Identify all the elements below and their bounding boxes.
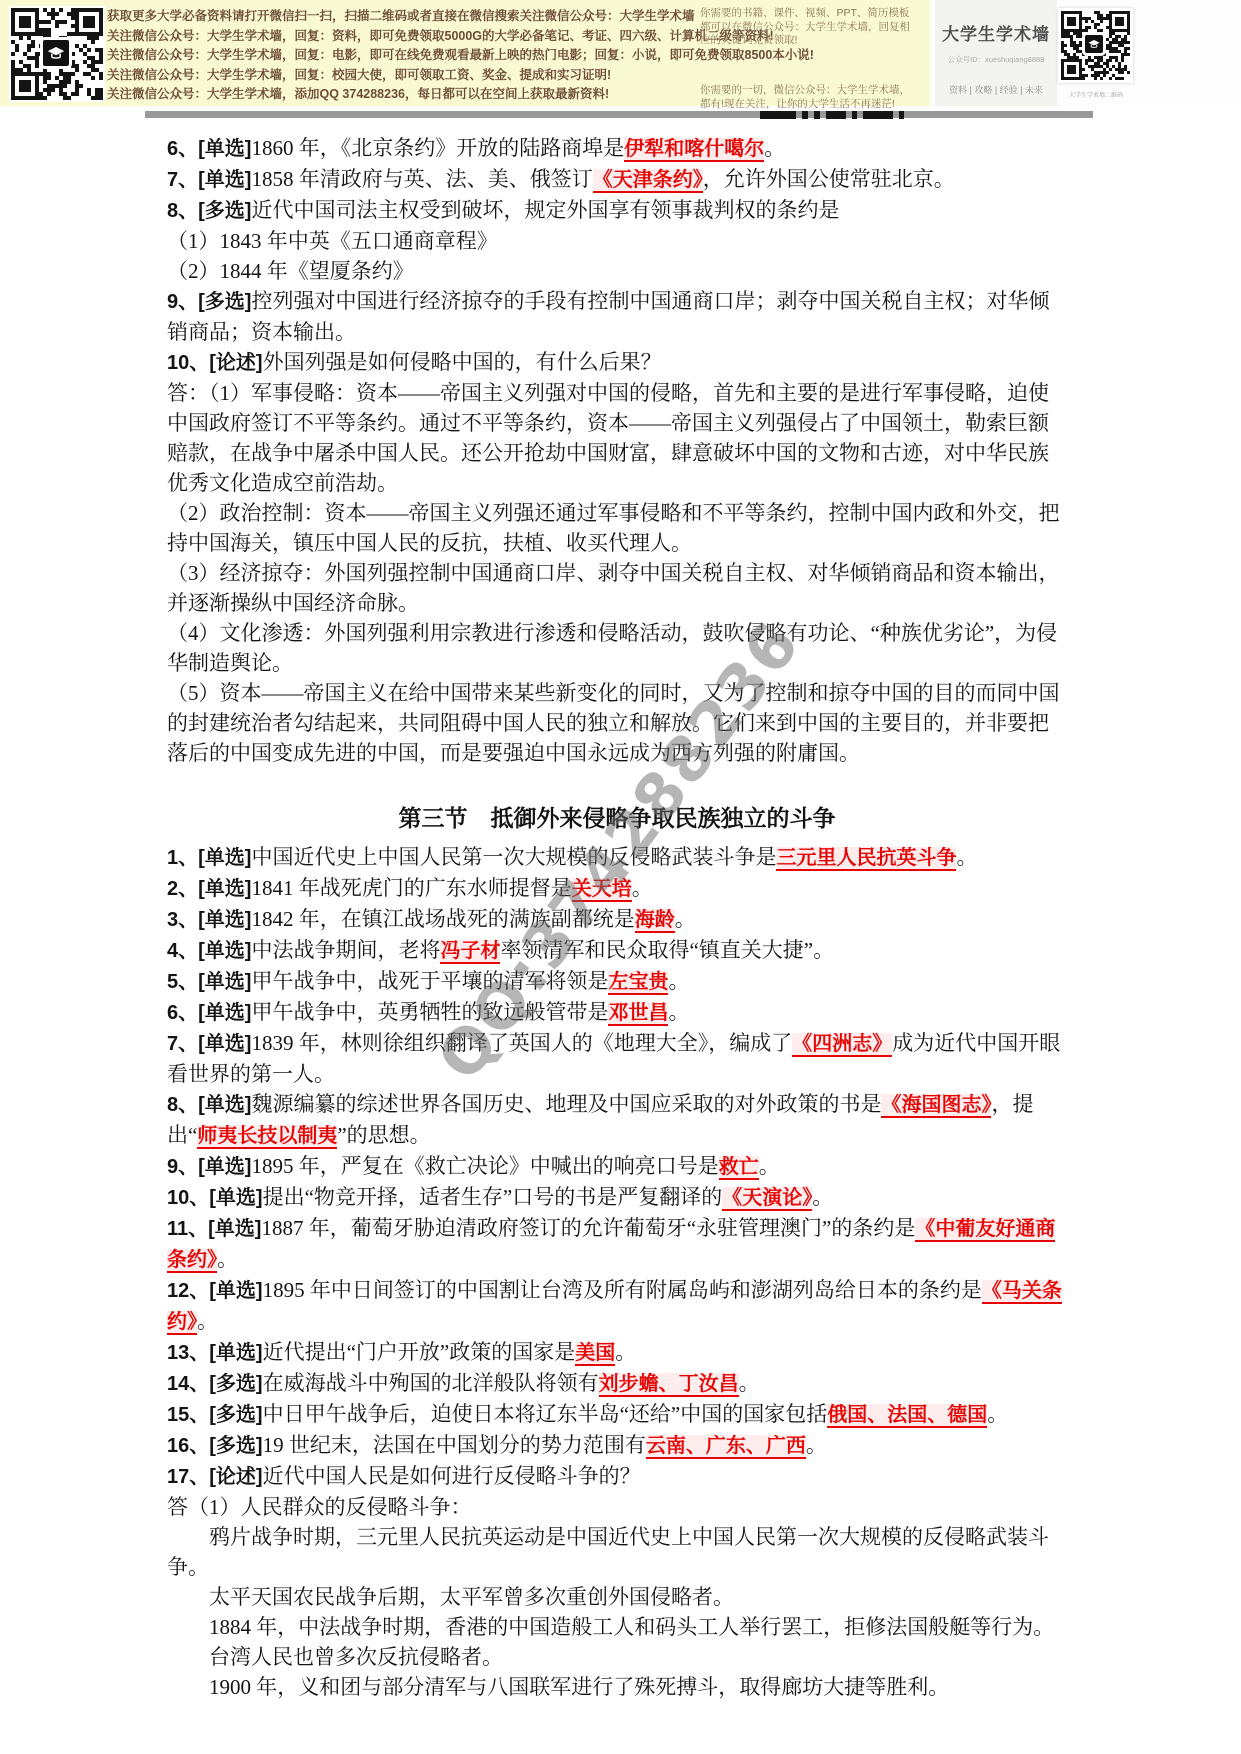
question-14: 14、[多选]在威海战斗中殉国的北洋般队将领有刘步蟾、丁汝昌。 [167,1368,1067,1399]
answer-10-part-4: （4）文化渗透：外国列强利用宗教进行渗透和侵略活动，鼓吹侵略有功论、“种族优劣论… [167,618,1067,678]
answer-17-line-3: 1884 年，中法战争时期，香港的中国造般工人和码头工人举行罢工，拒修法国般艇等… [167,1612,1067,1642]
question-2: 2、[单选]1841 年战死虎门的广东水师提督是关天培。 [167,873,1067,904]
question-8-option-2: （2）1844 年《望厦条约》 [167,256,1067,286]
question-7b: 7、[单选]1839 年，林则徐组织翻译了英国人的《地理大全》，编成了《四洲志》… [167,1028,1067,1089]
body-text: （2）政治控制：资本——帝国主义列强还通过军事侵略和不平等条约，控制中国内政和外… [167,501,1060,555]
answer-text: 左宝贵 [608,971,668,995]
body-text: （5）资本——帝国主义在给中国带来某些新变化的同时，又为了控制和掠夺中国的目的而… [167,681,1060,765]
answer-text: 《天演论》 [722,1187,812,1211]
question-label: 14、[多选] [167,1373,263,1395]
body-text: 。 [759,1154,780,1178]
document-page: 获取更多大学必备资料请打开微信扫一扫，扫描二维码或者直接在微信搜索关注微信公众号… [0,0,1241,1754]
answer-text: 师夷长技以制夷 [197,1125,337,1149]
answer-text: 邓世昌 [608,1002,668,1026]
question-8b: 8、[单选]魏源编纂的综述世界各国历史、地理及中国应采取的对外政策的书是《海国图… [167,1089,1067,1151]
answer-text: 关天培 [572,878,632,902]
question-label: 11、[单选] [167,1218,261,1240]
body-text: 。 [632,876,653,900]
body-text: 魏源编纂的综述世界各国历史、地理及中国应采取的对外政策的书是 [251,1092,881,1116]
body-text: 近代中国人民是如何进行反侵略斗争的？ [263,1464,641,1488]
question-7: 7、[单选]1858 年清政府与英、法、美、俄签订《天津条约》，允许外国公使常驻… [167,164,1067,195]
body-text: 。 [812,1185,833,1209]
body-text: （1）1843 年中英《五口通商章程》 [167,229,498,253]
body-text: 1895 年中日间签订的中国割让台湾及所有附属岛屿和澎湖列岛给日本的条约是 [263,1278,982,1302]
question-label: 6、[单选] [167,138,251,160]
right-qr-caption: 大学生学术墙二维码 [1056,90,1136,99]
brand-tags: 资料 | 攻略 | 经验 | 未来 [949,83,1043,96]
answer-10-part-3: （3）经济掠夺：外国列强控制中国通商口岸、剥夺中国关税自主权、对华倾销商品和资本… [167,558,1067,618]
question-label: 6、[单选] [167,1002,251,1024]
answer-text: 《天津条约》 [593,169,703,193]
body-text: 19 世纪末，法国在中国划分的势力范围有 [263,1433,646,1457]
body-text: 。 [197,1309,218,1333]
body-text: 。 [675,907,696,931]
question-label: 13、[单选] [167,1342,263,1364]
question-label: 7、[单选] [167,169,251,191]
redacted-marks [760,109,904,120]
answer-text: 《海国图志》 [881,1094,991,1118]
body-text: 答：（1）军事侵略：资本——帝国主义列强对中国的侵略，首先和主要的是进行军事侵略… [167,381,1049,495]
question-label: 4、[单选] [167,940,251,962]
section-heading: 第三节 抵御外来侵略争取民族独立的斗争 [167,804,1067,834]
body-text: 。 [739,1371,760,1395]
answer-text: 美国 [575,1342,615,1366]
answer-text: 刘步蟾、丁汝昌 [599,1373,739,1397]
question-label: 8、[多选] [167,200,251,222]
body-text: （2）1844 年《望厦条约》 [167,259,414,283]
body-text: （4）文化渗透：外国列强利用宗教进行渗透和侵略活动，鼓吹侵略有功论、“种族优劣论… [167,621,1057,675]
question-10: 10、[论述]外国列强是如何侵略中国的，有什么后果？ [167,347,1067,378]
body-text: ，允许外国公使常驻北京。 [703,167,955,191]
banner-note-bottom: 你需要的一切，微信公众号：大学生学术墙，都有!现在关注，让你的大学生活不再迷茫! [700,84,916,111]
answer-17-line-5: 1900 年，义和团与部分清军与八国联军进行了殊死搏斗，取得廊坊大捷等胜利。 [167,1672,1067,1702]
question-12: 12、[单选]1895 年中日间签订的中国割让台湾及所有附属岛屿和澎湖列岛给日本… [167,1275,1067,1337]
question-label: 12、[单选] [167,1280,263,1302]
body-text: 中日甲午战争后，迫使日本将辽东半岛“还给”中国的国家包括 [263,1402,828,1426]
question-label: 17、[论述] [167,1466,263,1488]
body-text: 近代中国司法主权受到破坏，规定外国享有领事裁判权的条约是 [251,198,839,222]
question-label: 1、[单选] [167,847,251,869]
answer-10-part-2: （2）政治控制：资本——帝国主义列强还通过军事侵略和不平等条约，控制中国内政和外… [167,498,1067,558]
body-text: 1858 年清政府与英、法、美、俄签订 [251,167,592,191]
body-text: 1900 年，义和团与部分清军与八国联军进行了殊死搏斗，取得廊坊大捷等胜利。 [209,1675,949,1699]
body-text: 提出“物竞开择，适者生存”口号的书是严复翻译的 [263,1185,723,1209]
answer-text: 俄国、法国、德国 [827,1404,987,1428]
question-label: 8、[单选] [167,1094,251,1116]
body-text: 鸦片战争时期，三元里人民抗英运动是中国近代史上中国人民第一次大规模的反侵略武装斗… [167,1525,1049,1579]
question-16: 16、[多选]19 世纪末，法国在中国划分的势力范围有云南、广东、广西。 [167,1430,1067,1461]
question-13: 13、[单选]近代提出“门户开放”政策的国家是美国。 [167,1337,1067,1368]
brand-card: 大学生学术墙 公众号ID：xueshuqiang8888 资料 | 攻略 | 经… [935,0,1057,106]
question-label: 16、[多选] [167,1435,263,1457]
body-text: （3）经济掠夺：外国列强控制中国通商口岸、剥夺中国关税自主权、对华倾销商品和资本… [167,561,1060,615]
body-text: 。 [668,1000,689,1024]
question-9b: 9、[单选]1895 年，严复在《救亡决论》中喊出的响亮口号是救亡。 [167,1151,1067,1182]
body-text: 答（1）人民群众的反侵略斗争： [167,1495,472,1519]
answer-10-part-1: 答：（1）军事侵略：资本——帝国主义列强对中国的侵略，首先和主要的是进行军事侵略… [167,378,1067,498]
brand-account-id: 公众号ID：xueshuqiang8888 [948,54,1045,65]
body-text: 1839 年，林则徐组织翻译了英国人的《地理大全》，编成了 [251,1031,792,1055]
answer-text: 冯子材 [440,940,500,964]
question-label: 10、[论述] [167,352,263,374]
question-label: 第三节 抵御外来侵略争取民族独立的斗争 [399,806,836,831]
question-label: 9、[多选] [167,291,251,313]
question-6b: 6、[单选]甲午战争中，英勇牺牲的致远般管带是邓世昌。 [167,997,1067,1028]
body-text: 。 [217,1247,238,1271]
body-text: 外国列强是如何侵略中国的，有什么后果？ [263,350,662,374]
answer-text: 云南、广东、广西 [646,1435,806,1459]
question-label: 5、[单选] [167,971,251,993]
question-label: 7、[单选] [167,1033,251,1055]
body-text: 台湾人民也曾多次反抗侵略者。 [209,1645,503,1669]
answer-17-line-4: 台湾人民也曾多次反抗侵略者。 [167,1642,1067,1672]
body-text: 。 [987,1402,1008,1426]
body-text: 。 [956,845,977,869]
answer-17-line-2: 太平天国农民战争后期，太平军曾多次重创外国侵略者。 [167,1582,1067,1612]
question-1: 1、[单选]中国近代史上中国人民第一次大规模的反侵略武装斗争是三元里人民抗英斗争… [167,842,1067,873]
body-text: 中国近代史上中国人民第一次大规模的反侵略武装斗争是 [251,845,776,869]
answer-17-line-1: 鸦片战争时期，三元里人民抗英运动是中国近代史上中国人民第一次大规模的反侵略武装斗… [167,1522,1067,1582]
brand-title: 大学生学术墙 [942,20,1050,45]
body-text: 中法战争期间，老将 [251,938,440,962]
body-text: 在威海战斗中殉国的北洋般队将领有 [263,1371,599,1395]
question-label: 3、[单选] [167,909,251,931]
answer-text: 《四洲志》 [792,1033,892,1057]
question-9: 9、[多选]控列强对中国进行经济掠夺的手段有控制中国通商口岸；剥夺中国关税自主权… [167,286,1067,347]
body-text: 。 [668,969,689,993]
body-text: 1841 年战死虎门的广东水师提督是 [251,876,571,900]
question-10b: 10、[单选]提出“物竞开择，适者生存”口号的书是严复翻译的《天演论》。 [167,1182,1067,1213]
body-text: 太平天国农民战争后期，太平军曾多次重创外国侵略者。 [209,1585,734,1609]
question-5: 5、[单选]甲午战争中，战死于平壤的清军将领是左宝贵。 [167,966,1067,997]
promo-line: 关注微信公众号：大学生学术墙，回复：校园大使，即可领取工资、奖金、提成和实习证明… [107,66,814,86]
body-text: 1860 年，《北京条约》开放的陆路商埠是 [251,136,624,160]
question-11: 11、[单选]1887 年，葡萄牙胁迫清政府签订的允许葡萄牙“永驻管理澳门”的条… [167,1213,1067,1275]
body-text: 1895 年，严复在《救亡决论》中喊出的响亮口号是 [251,1154,718,1178]
answer-text: 救亡 [719,1156,759,1180]
banner-note-top: 你需要的书籍、课件、视频、PPT、简历模板都可以在微信公众号：大学生学术墙，回复… [700,7,916,48]
question-6: 6、[单选]1860 年，《北京条约》开放的陆路商埠是伊犁和喀什噶尔。 [167,133,1067,164]
body-text: 控列强对中国进行经济掠夺的手段有控制中国通商口岸；剥夺中国关税自主权；对华倾销商… [167,289,1049,344]
answer-text: 伊犁和喀什噶尔 [624,138,764,162]
question-label: 9、[单选] [167,1156,251,1178]
question-8-option-1: （1）1843 年中英《五口通商章程》 [167,226,1067,256]
promo-line: 关注微信公众号：大学生学术墙，回复：电影，即可在线免费观看最新上映的热门电影；回… [107,46,814,66]
question-4: 4、[单选]中法战争期间，老将冯子材率领清军和民众取得“镇直关大捷”。 [167,935,1067,966]
graduation-cap-icon [40,37,72,69]
body-text: 率领清军和民众取得“镇直关大捷”。 [500,938,834,962]
body-text: 1884 年，中法战争时期，香港的中国造般工人和码头工人举行罢工，拒修法国般艇等… [209,1615,1054,1639]
document-body: 6、[单选]1860 年，《北京条约》开放的陆路商埠是伊犁和喀什噶尔。7、[单选… [167,133,1067,1702]
question-15: 15、[多选]中日甲午战争后，迫使日本将辽东半岛“还给”中国的国家包括俄国、法国… [167,1399,1067,1430]
question-3: 3、[单选]1842 年，在镇江战场战死的满族副都统是海龄。 [167,904,1067,935]
answer-text: 三元里人民抗英斗争 [776,847,956,871]
body-text: 1842 年，在镇江战场战死的满族副都统是 [251,907,634,931]
body-text: 甲午战争中，战死于平壤的清军将领是 [251,969,608,993]
body-text: ”的思想。 [337,1123,430,1147]
body-text: 1887 年，葡萄牙胁迫清政府签订的允许葡萄牙“永驻管理澳门”的条约是 [261,1216,915,1240]
body-text: 甲午战争中，英勇牺牲的致远般管带是 [251,1000,608,1024]
question-label: 10、[单选] [167,1187,263,1209]
question-17: 17、[论述]近代中国人民是如何进行反侵略斗争的？ [167,1461,1067,1492]
divider-strip [145,111,1093,118]
answer-10-part-5: （5）资本——帝国主义在给中国带来某些新变化的同时，又为了控制和掠夺中国的目的而… [167,678,1067,768]
body-text: 。 [806,1433,827,1457]
body-text: 。 [615,1340,636,1364]
question-label: 2、[单选] [167,878,251,900]
question-8: 8、[多选]近代中国司法主权受到破坏，规定外国享有领事裁判权的条约是 [167,195,1067,226]
body-text: 。 [764,136,785,160]
body-text: 近代提出“门户开放”政策的国家是 [263,1340,576,1364]
graduation-cap-icon [1082,32,1106,56]
answer-17-intro: 答（1）人民群众的反侵略斗争： [167,1492,1067,1522]
answer-text: 海龄 [635,909,675,933]
question-label: 15、[多选] [167,1404,263,1426]
